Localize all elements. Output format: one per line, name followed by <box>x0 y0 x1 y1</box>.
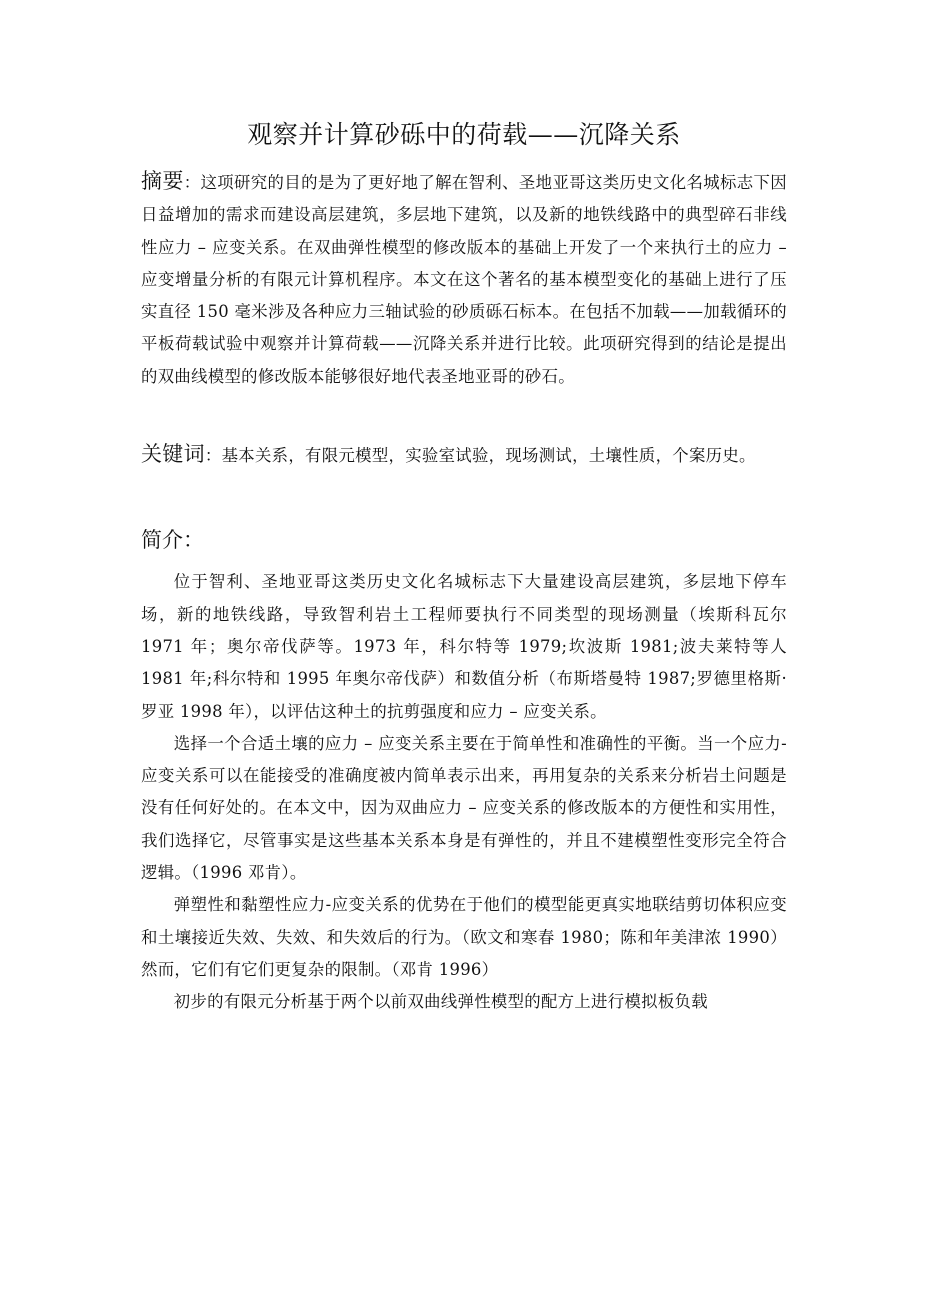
abstract: 摘要：这项研究的目的是为了更好地了解在智利、圣地亚哥这类历史文化名城标志下因日益… <box>141 165 787 393</box>
keywords-text: 基本关系，有限元模型，实验室试验，现场测试，土壤性质，个案历史。 <box>222 446 756 465</box>
intro-paragraph-3: 弹塑性和黏塑性应力-应变关系的优势在于他们的模型能更真实地联结剪切体积应变和土壤… <box>141 889 787 986</box>
intro-paragraph-2: 选择一个合适土壤的应力 – 应变关系主要在于简单性和准确性的平衡。当一个应力-应… <box>141 728 787 889</box>
abstract-text: 这项研究的目的是为了更好地了解在智利、圣地亚哥这类历史文化名城标志下因日益增加的… <box>141 173 787 386</box>
abstract-colon: ： <box>184 173 201 192</box>
introduction-heading: 简介： <box>141 524 787 556</box>
document-page: 观察并计算砂砾中的荷载——沉降关系 摘要：这项研究的目的是为了更好地了解在智利、… <box>141 115 787 1019</box>
keywords: 关键词：基本关系，有限元模型，实验室试验，现场测试，土壤性质，个案历史。 <box>141 438 787 472</box>
intro-paragraph-4: 初步的有限元分析基于两个以前双曲线弹性模型的配方上进行模拟板负载 <box>141 986 787 1018</box>
abstract-label: 摘要 <box>141 169 184 193</box>
keywords-label: 关键词 <box>141 442 205 466</box>
document-title: 观察并计算砂砾中的荷载——沉降关系 <box>141 115 787 155</box>
keywords-colon: ： <box>205 446 222 465</box>
intro-paragraph-1: 位于智利、圣地亚哥这类历史文化名城标志下大量建设高层建筑，多层地下停车场，新的地… <box>141 566 787 727</box>
